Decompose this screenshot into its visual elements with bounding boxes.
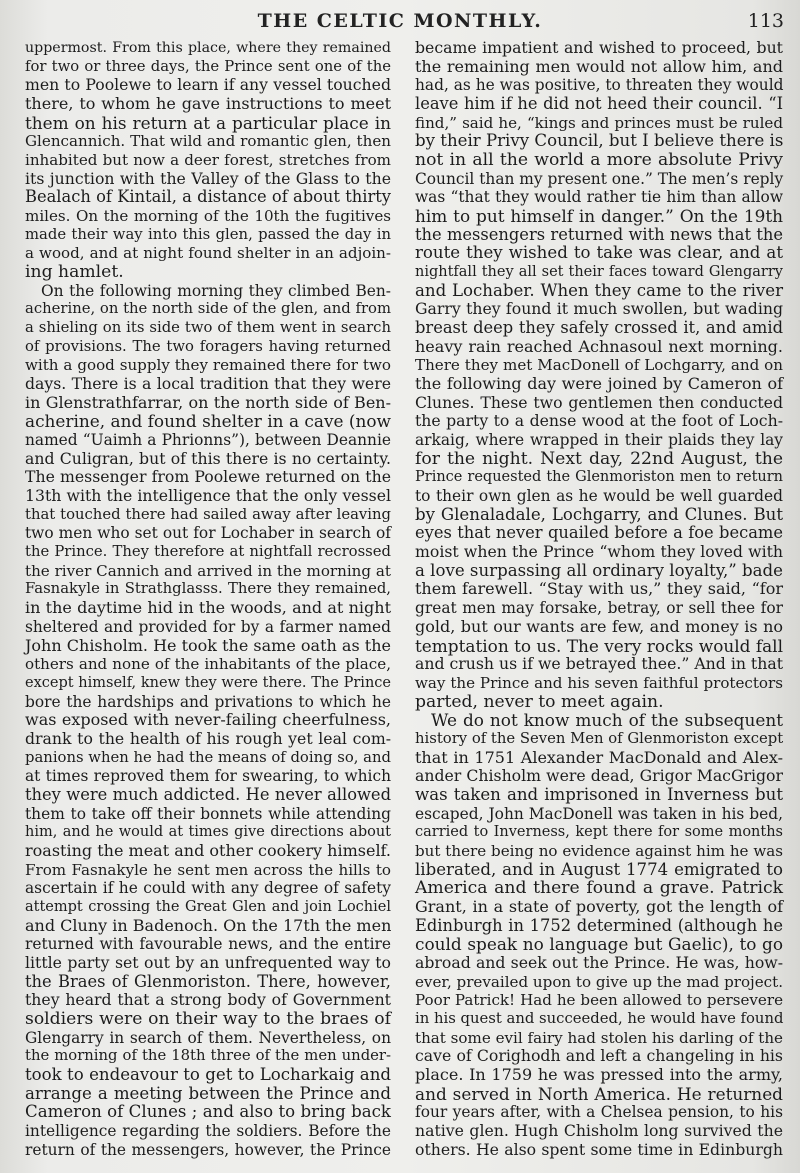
text-line: drank to the health of his rough yet lea… (25, 730, 391, 749)
text-line: men to Poolewe to learn if any vessel to… (25, 76, 391, 95)
text-line: and Culigran, but of this there is no ce… (25, 450, 391, 469)
text-line: became impatient and wished to proceed, … (415, 39, 783, 58)
text-line: abroad and seek out the Prince. He was, … (415, 954, 783, 973)
text-line: was taken and imprisoned in Inverness bu… (415, 786, 783, 805)
text-line: Edinburgh in 1752 determined (although h… (415, 917, 783, 936)
text-line: in Glenstrathfarrar, on the north side o… (25, 394, 391, 413)
text-line: liberated, and in August 1774 emigrated … (415, 861, 783, 880)
text-line: the following day were joined by Cameron… (415, 375, 783, 394)
text-line: at times reproved them for swearing, to … (25, 767, 391, 786)
text-line: We do not know much of the subsequent (415, 711, 783, 730)
text-line: returned with favourable news, and the e… (25, 935, 391, 954)
text-line: was “that they would rather tie him than… (415, 188, 783, 207)
text-line: There they met MacDonell of Lochgarry, a… (415, 356, 783, 375)
right-text-column: became impatient and wished to proceed, … (415, 39, 783, 1159)
text-line: intelligence regarding the soldiers. Bef… (25, 1122, 391, 1141)
text-line: the party to a dense wood at the foot of… (415, 412, 783, 431)
text-line: Fasnakyle in Strathglasss. There they re… (25, 580, 391, 599)
text-line: inhabited but now a deer forest, stretch… (25, 151, 391, 170)
text-line: the Braes of Glenmoriston. There, howeve… (25, 973, 391, 992)
text-line: arrange a meeting between the Prince and (25, 1085, 391, 1104)
text-line: they were much addicted. He never allowe… (25, 786, 391, 805)
text-line: and served in North America. He returned (415, 1085, 783, 1104)
text-line: them to take off their bonnets while att… (25, 805, 391, 824)
text-line: ing hamlet. (25, 263, 391, 282)
text-line: 13th with the intelligence that the only… (25, 487, 391, 506)
text-line: miles. On the morning of the 10th the fu… (25, 207, 391, 226)
text-line: carried to Inverness, kept there for som… (415, 823, 783, 842)
text-line: find,” said he, “kings and princes must … (415, 114, 783, 133)
running-header: THE CELTIC MONTHLY. 113 (0, 6, 800, 36)
text-line: and Cluny in Badenoch. On the 17th the m… (25, 917, 391, 936)
text-line: to their own glen as he would be well gu… (415, 487, 783, 506)
text-line: Garry they found it much swollen, but wa… (415, 300, 783, 319)
text-line: him to put himself in danger.” On the 19… (415, 207, 783, 226)
text-line: a wood, and at night found shelter in an… (25, 244, 391, 263)
text-line: great men may forsake, betray, or sell t… (415, 599, 783, 618)
text-line: a shieling on its side two of them went … (25, 319, 391, 338)
text-line: and crush us if we betrayed thee.” And i… (415, 655, 783, 674)
text-line: made their way into this glen, passed th… (25, 226, 391, 245)
text-line: the morning of the 18th three of the men… (25, 1047, 391, 1066)
text-line: by Glenaladale, Lochgarry, and Clunes. B… (415, 506, 783, 525)
text-line: route they wished to take was clear, and… (415, 244, 783, 263)
text-line: ascertain if he could with any degree of… (25, 879, 391, 898)
text-line: eyes that never quailed before a foe bec… (415, 524, 783, 543)
text-line: took to endeavour to get to Locharkaig a… (25, 1066, 391, 1085)
text-line: for the night. Next day, 22nd August, th… (415, 450, 783, 469)
text-line: ander Chisholm were dead, Grigor MacGrig… (415, 767, 783, 786)
text-line: they heard that a strong body of Governm… (25, 991, 391, 1010)
text-line: but there being no evidence against him … (415, 842, 783, 861)
text-line: Grant, in a state of poverty, got the le… (415, 898, 783, 917)
text-line: Poor Patrick! Had he been allowed to per… (415, 991, 783, 1010)
text-line: had, as he was positive, to threaten the… (415, 76, 783, 95)
text-line: Council than my present one.” The men’s … (415, 170, 783, 189)
text-line: Prince requested the Glenmoriston men to… (415, 468, 783, 487)
text-line: the river Cannich and arrived in the mor… (25, 562, 391, 581)
text-line: them on his return at a particular place… (25, 114, 391, 133)
text-line: moist when the Prince “whom they loved w… (415, 543, 783, 562)
text-line: parted, never to meet again. (415, 693, 783, 712)
text-line: John Chisholm. He took the same oath as … (25, 637, 391, 656)
text-line: gold, but our wants are few, and money i… (415, 618, 783, 637)
text-line: days. There is a local tradition that th… (25, 375, 391, 394)
text-line: sheltered and provided for by a farmer n… (25, 618, 391, 637)
text-line: Glencannich. That wild and romantic glen… (25, 132, 391, 151)
text-line: in his quest and succeeded, he would hav… (415, 1010, 783, 1029)
text-line: of provisions. The two foragers having r… (25, 338, 391, 357)
text-line: them farewell. “Stay with us,” they said… (415, 580, 783, 599)
text-line: nightfall they all set their faces towar… (415, 263, 783, 282)
text-line: not in all the world a more absolute Pri… (415, 151, 783, 170)
text-line: attempt crossing the Great Glen and join… (25, 898, 391, 917)
text-line: Cameron of Clunes ; and also to bring ba… (25, 1103, 391, 1122)
text-line: that in 1751 Alexander MacDonald and Ale… (415, 749, 783, 768)
text-line: bore the hardships and privations to whi… (25, 693, 391, 712)
text-line: soldiers were on their way to the braes … (25, 1010, 391, 1029)
text-line: arkaig, where wrapped in their plaids th… (415, 431, 783, 450)
text-line: him, and he would at times give directio… (25, 823, 391, 842)
text-line: two men who set out for Lochaber in sear… (25, 524, 391, 543)
text-line: acherine, and found shelter in a cave (n… (25, 412, 391, 431)
text-line: ever, prevailed upon to give up the mad … (415, 973, 783, 992)
text-line: acherine, on the north side of the glen,… (25, 300, 391, 319)
text-line: Bealach of Kintail, a distance of about … (25, 188, 391, 207)
text-line: roasting the meat and other cookery hims… (25, 842, 391, 861)
text-line: history of the Seven Men of Glenmoriston… (415, 730, 783, 749)
text-line: a love surpassing all ordinary loyalty,”… (415, 562, 783, 581)
text-line: was exposed with never-failing cheerfuln… (25, 711, 391, 730)
text-line: America and there found a grave. Patrick (415, 879, 783, 898)
text-line: Glengarry in search of them. Nevertheles… (25, 1029, 391, 1048)
journal-title: THE CELTIC MONTHLY. (0, 10, 800, 32)
text-line: except himself, knew they were there. Th… (25, 674, 391, 693)
text-line: cave of Corighodh and left a changeling … (415, 1047, 783, 1066)
page-number: 113 (748, 10, 784, 32)
text-line: escaped, John MacDonell was taken in his… (415, 805, 783, 824)
text-line: return of the messengers, however, the P… (25, 1141, 391, 1160)
text-line: way the Prince and his seven faithful pr… (415, 674, 783, 693)
text-line: place. In 1759 he was pressed into the a… (415, 1066, 783, 1085)
text-line: the messengers returned with news that t… (415, 226, 783, 245)
text-line: for two or three days, the Prince sent o… (25, 58, 391, 77)
text-line: there, to whom he gave instructions to m… (25, 95, 391, 114)
text-line: uppermost. From this place, where they r… (25, 39, 391, 58)
text-line: breast deep they safely crossed it, and … (415, 319, 783, 338)
text-line: that touched there had sailed away after… (25, 506, 391, 525)
text-line: that some evil fairy had stolen his darl… (415, 1029, 783, 1048)
text-line: its junction with the Valley of the Glas… (25, 170, 391, 189)
text-line: the remaining men would not allow him, a… (415, 58, 783, 77)
text-line: could speak no language but Gaelic), to … (415, 935, 783, 954)
text-line: in the daytime hid in the woods, and at … (25, 599, 391, 618)
text-line: the Prince. They therefore at nightfall … (25, 543, 391, 562)
text-line: On the following morning they climbed Be… (25, 282, 391, 301)
text-line: leave him if he did not heed their counc… (415, 95, 783, 114)
text-line: native glen. Hugh Chisholm long survived… (415, 1122, 783, 1141)
text-line: named “Uaimh a Phrionns”), between Deann… (25, 431, 391, 450)
text-line: heavy rain reached Achnasoul next mornin… (415, 338, 783, 357)
text-line: panions when he had the means of doing s… (25, 749, 391, 768)
text-line: by their Privy Council, but I believe th… (415, 132, 783, 151)
text-line: four years after, with a Chelsea pension… (415, 1103, 783, 1122)
text-line: From Fasnakyle he sent men across the hi… (25, 861, 391, 880)
text-line: and Lochaber. When they came to the rive… (415, 282, 783, 301)
text-line: temptation to us. The very rocks would f… (415, 637, 783, 656)
text-line: with a good supply they remained there f… (25, 356, 391, 375)
text-line: little party set out by an unfrequented … (25, 954, 391, 973)
text-line: The messenger from Poolewe returned on t… (25, 468, 391, 487)
text-line: others and none of the inhabitants of th… (25, 655, 391, 674)
text-line: Clunes. These two gentlemen then conduct… (415, 394, 783, 413)
text-line: others. He also spent some time in Edinb… (415, 1141, 783, 1160)
left-text-column: uppermost. From this place, where they r… (25, 39, 391, 1159)
